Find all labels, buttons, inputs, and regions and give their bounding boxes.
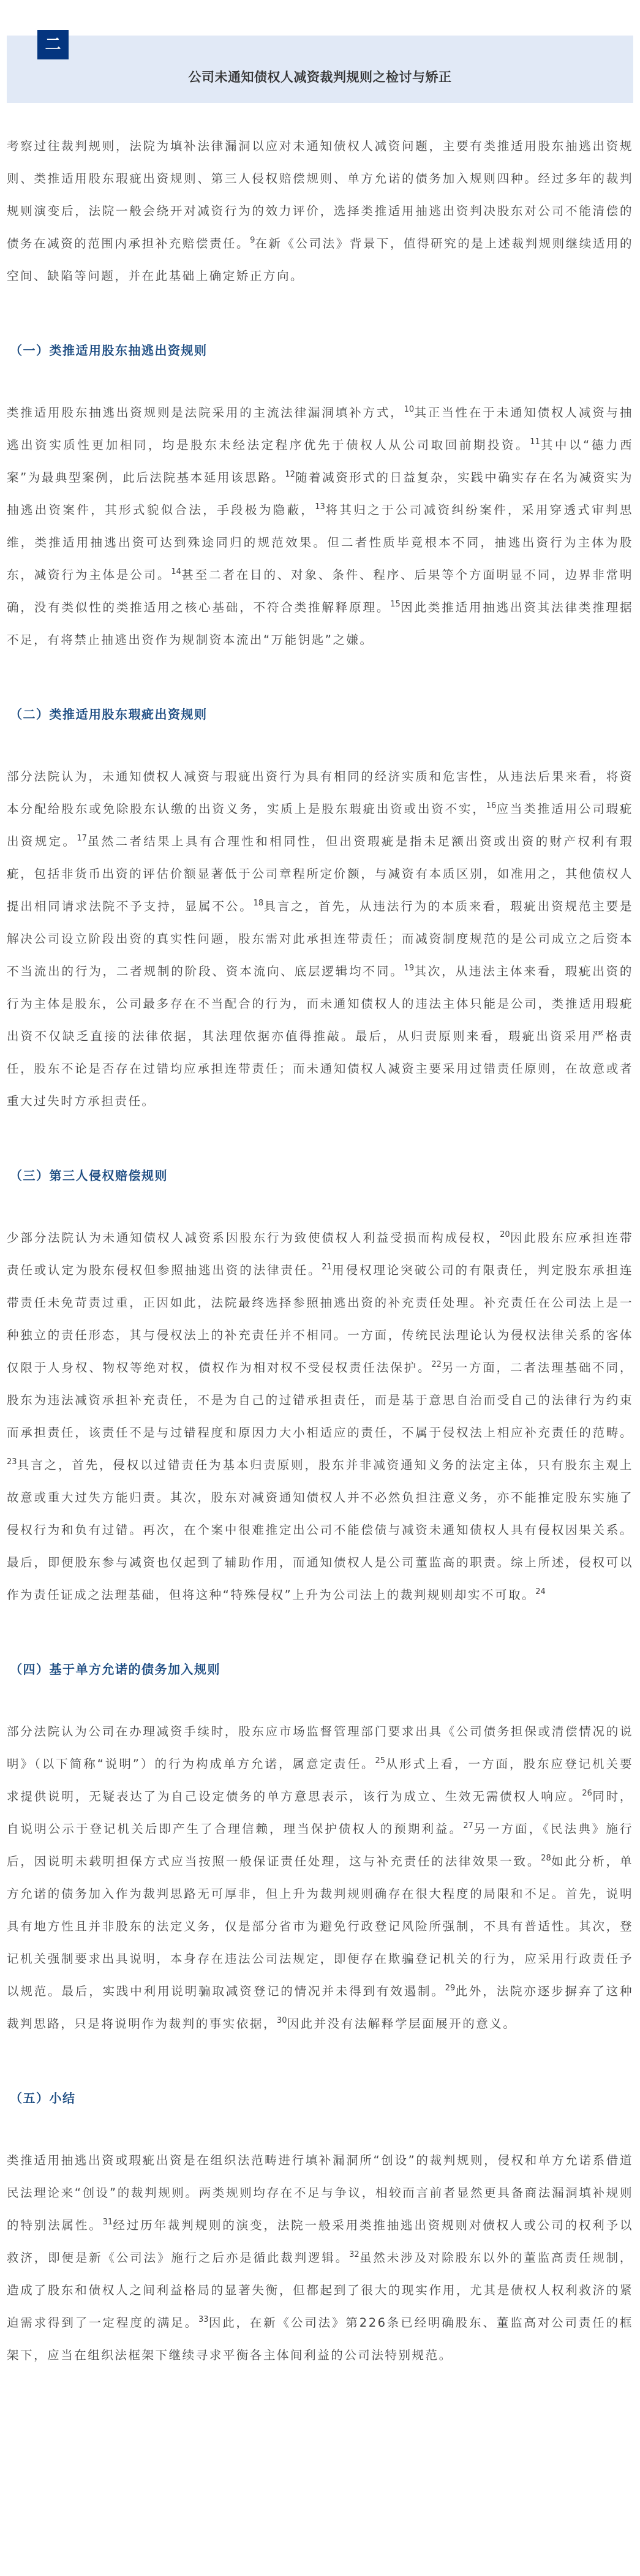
footnote-ref: 22 <box>431 1360 442 1369</box>
chapter-title: 公司未通知债权人减资裁判规则之检讨与矫正 <box>7 67 633 86</box>
section-heading-5: （五）小结 <box>7 2089 633 2107</box>
footnote-ref: 11 <box>530 437 540 447</box>
footnote-ref: 27 <box>463 1821 473 1830</box>
footnote-ref: 17 <box>77 834 87 843</box>
section-heading-4: （四）基于单方允诺的债务加入规则 <box>7 1660 633 1679</box>
footnote-ref: 29 <box>445 1984 456 1993</box>
intro-paragraph: 考察过往裁判规则，法院为填补法律漏洞以应对未通知债权人减资问题，主要有类推适用股… <box>7 130 633 292</box>
section-paragraph-5: 类推适用抽逃出资或瑕疵出资是在组织法范畴进行填补漏洞所“创设”的裁判规则，侵权和… <box>7 2144 633 2371</box>
section-paragraph-4: 部分法院认为公司在办理减资手续时，股东应市场监督管理部门要求出具《公司债务担保或… <box>7 1715 633 2040</box>
footnote-ref: 19 <box>404 964 415 973</box>
footnote-ref: 23 <box>7 1457 17 1467</box>
footnote-ref: 16 <box>486 801 497 810</box>
article-page: 二 公司未通知债权人减资裁判规则之检讨与矫正 考察过往裁判规则，法院为填补法律漏… <box>0 36 640 2427</box>
footnote-ref: 32 <box>349 2250 360 2259</box>
footnote-ref: 26 <box>582 1789 592 1798</box>
footnote-ref: 24 <box>535 1587 546 1596</box>
chapter-number-badge: 二 <box>37 30 69 59</box>
footnote-ref: 25 <box>375 1756 385 1766</box>
section-paragraph-1: 类推适用股东抽逃出资规则是法院采用的主流法律漏洞填补方式，10其正当性在于未通知… <box>7 396 633 656</box>
section-heading-3: （三）第三人侵权赔偿规则 <box>7 1166 633 1185</box>
footnote-ref: 31 <box>103 2218 113 2227</box>
footnote-ref: 15 <box>390 600 401 609</box>
footnote-ref: 20 <box>500 1230 510 1239</box>
footnote-ref: 9 <box>250 236 255 245</box>
footnote-ref: 13 <box>315 502 325 512</box>
chapter-header: 二 公司未通知债权人减资裁判规则之检讨与矫正 <box>7 36 633 103</box>
footnote-ref: 21 <box>322 1263 332 1272</box>
section-paragraph-2: 部分法院认为，未通知债权人减资与瑕疵出资行为具有相同的经济实质和危害性，从违法后… <box>7 760 633 1117</box>
section-heading-1: （一）类推适用股东抽逃出资规则 <box>7 341 633 360</box>
footnote-ref: 10 <box>404 405 415 414</box>
footnote-ref: 14 <box>171 567 181 576</box>
footnote-ref: 28 <box>541 1854 551 1863</box>
section-heading-2: （二）类推适用股东瑕疵出资规则 <box>7 705 633 723</box>
footnote-ref: 18 <box>254 899 264 908</box>
footnote-ref: 12 <box>285 470 295 479</box>
footnote-ref: 30 <box>277 2016 287 2025</box>
footnote-ref: 33 <box>198 2315 209 2324</box>
section-paragraph-3: 少部分法院认为未通知债权人减资系因股东行为致使债权人利益受损而构成侵权，20因此… <box>7 1222 633 1611</box>
